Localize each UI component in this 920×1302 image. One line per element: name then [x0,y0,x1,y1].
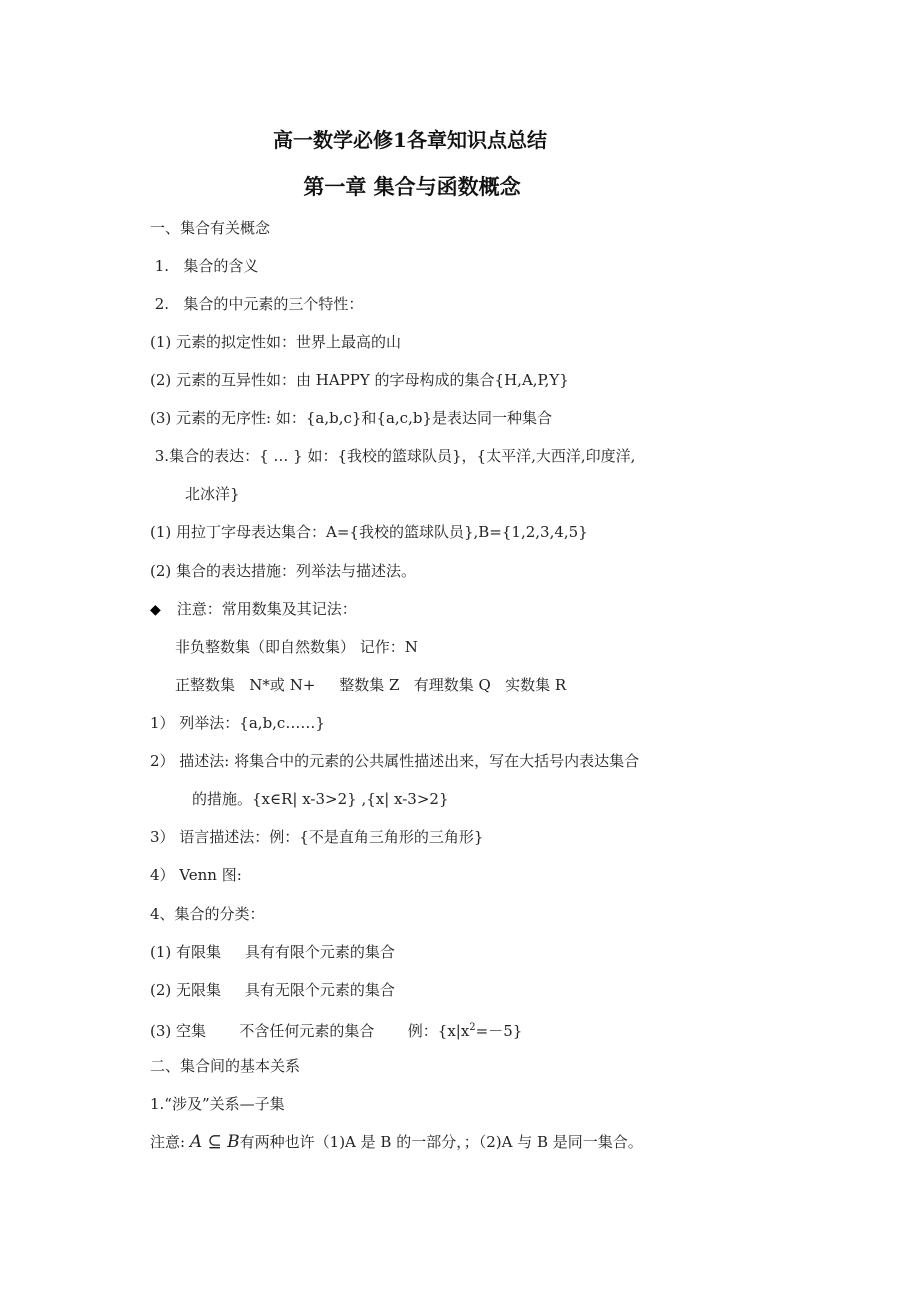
note-label: 注意：常用数集及其记法： [177,600,357,618]
property-determinacy: (1) 元素的拟定性如：世界上最高的山 [150,332,401,352]
diamond-bullet-icon: ◆ [150,600,161,620]
item-set-representation: 3.集合的表达：{ … } 如：{我校的篮球队员}，{太平洋,大西洋,印度洋, [150,446,635,466]
method-venn-diagram: 4） Venn 图: [150,865,242,885]
subset-note-label: 注意: [150,1133,190,1151]
chapter-title: 第一章 集合与函数概念 [0,171,872,201]
property-unordered: (3) 元素的无序性: 如：{a,b,c}和{a,c,b}是表达同一种集合 [150,408,552,428]
classification-empty: (3) 空集 不含任何元素的集合 例：{x|x2=－5} [150,1018,522,1041]
section-set-classification: 4、集合的分类： [150,904,265,924]
representation-methods: (2) 集合的表达措施：列举法与描述法。 [150,561,416,581]
note-common-number-sets: ◆注意：常用数集及其记法： [150,599,357,620]
section-set-relations: 二、集合间的基本关系 [150,1056,300,1076]
item-set-representation-continued: 北冰洋} [185,484,240,504]
document-page: 高一数学必修1各章知识点总结 第一章 集合与函数概念 一、集合有关概念 1. 集… [0,0,920,1302]
subset-note: 注意: A ⊆ B有两种也许（1)A 是 B 的一部分，；（2)A 与 B 是同… [150,1132,643,1152]
section-heading-set-concepts: 一、集合有关概念 [150,218,270,238]
subset-formula: A ⊆ B [190,1132,240,1152]
classification-infinite: (2) 无限集 具有无限个元素的集合 [150,980,395,1000]
method-description: 2） 描述法: 将集合中的元素的公共属性描述出来，写在大括号内表达集合 [150,751,639,771]
method-enumeration: 1） 列举法：{a,b,c……} [150,713,325,733]
property-distinctness: (2) 元素的互异性如：由 HAPPY 的字母构成的集合{H,A,P,Y} [150,370,569,390]
relation-subset: 1.“涉及”关系—子集 [150,1094,285,1114]
classification-finite: (1) 有限集 具有有限个元素的集合 [150,942,395,962]
empty-set-text: (3) 空集 不含任何元素的集合 例：{x|x [150,1022,469,1040]
item-set-meaning: 1. 集合的含义 [150,256,258,276]
note-number-set-symbols: 正整数集 N*或 N+ 整数集 Z 有理数集 Q 实数集 R [175,675,566,695]
subset-note-text: 有两种也许（1)A 是 B 的一部分，；（2)A 与 B 是同一集合。 [240,1133,643,1151]
document-title: 高一数学必修1各章知识点总结 [0,124,870,153]
method-description-continued: 的措施。{x∈R| x-3>2} ,{x| x-3>2} [192,789,449,809]
item-set-properties: 2. 集合的中元素的三个特性： [150,294,363,314]
representation-latin-letters: (1) 用拉丁字母表达集合：A={我校的篮球队员},B={1,2,3,4,5} [150,522,588,542]
empty-set-equation-end: =－5} [476,1022,523,1040]
method-language-description: 3） 语言描述法：例：{不是直角三角形的三角形} [150,827,483,847]
note-natural-numbers: 非负整数集（即自然数集） 记作：N [175,637,418,657]
